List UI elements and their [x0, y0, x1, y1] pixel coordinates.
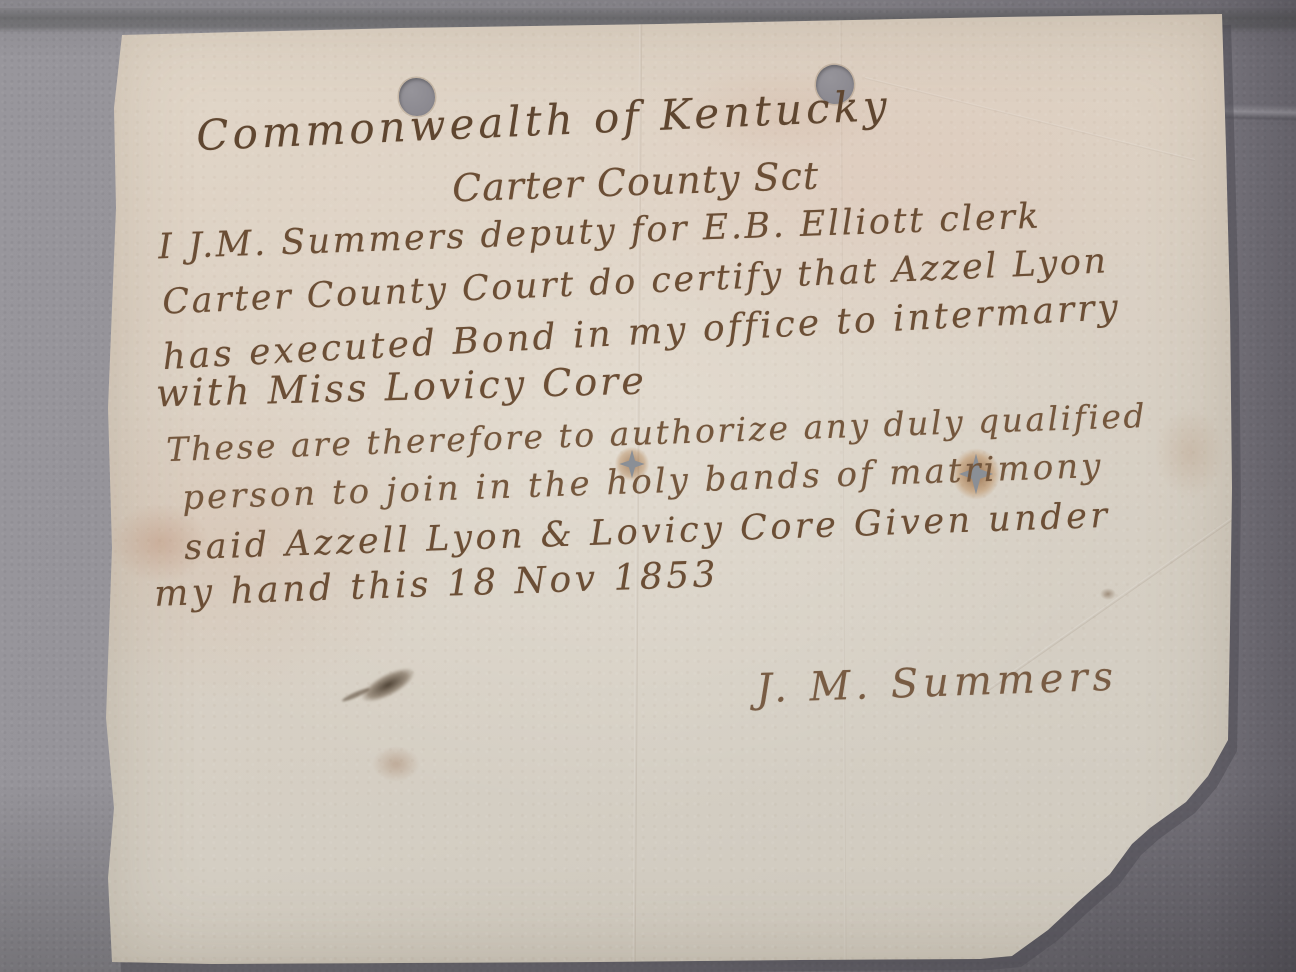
signature: J. M. Summers: [755, 654, 1118, 713]
document-line-county: Carter County Sct: [451, 154, 820, 211]
stain: [1100, 588, 1116, 600]
stain: [1155, 408, 1225, 498]
paper-document: Commonwealth of Kentucky Carter County S…: [100, 8, 1240, 966]
photo-background: Commonwealth of Kentucky Carter County S…: [0, 0, 1296, 972]
paper-sheet: Commonwealth of Kentucky Carter County S…: [100, 8, 1240, 966]
document-line-title: Commonwealth of Kentucky: [195, 81, 891, 160]
stain: [372, 746, 420, 782]
ink-blot: [356, 661, 419, 709]
fold-crease: [865, 77, 1195, 161]
